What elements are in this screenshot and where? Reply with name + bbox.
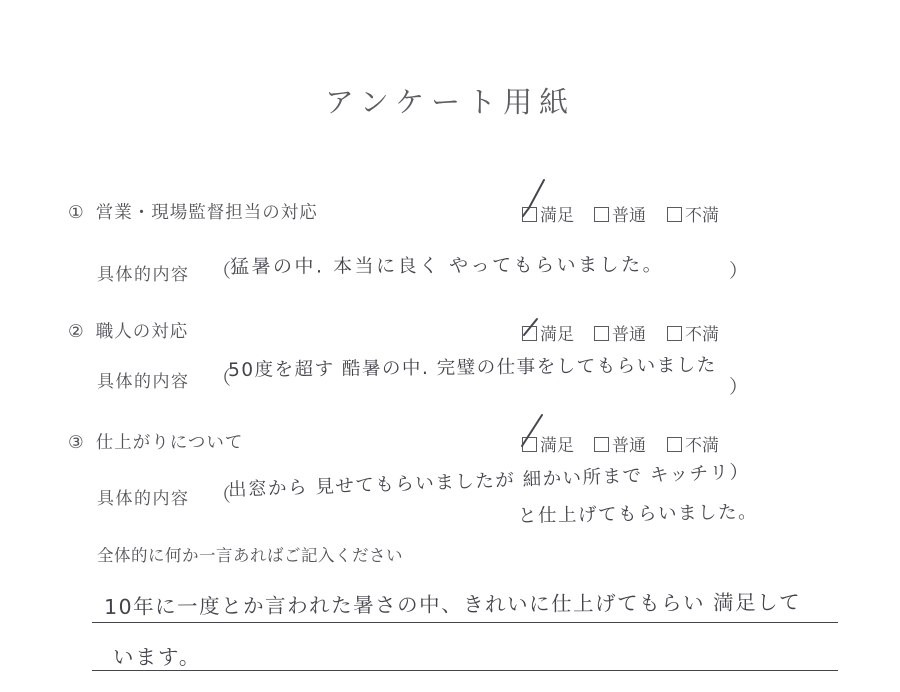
option-dissatisfied: 不満 [667, 320, 719, 345]
comment-rule-line-2 [92, 670, 838, 671]
question-number: ① [68, 202, 85, 222]
question-2-heading: ②職人の対応 [68, 318, 188, 343]
option-satisfied: 満足 [522, 320, 574, 345]
handwritten-comment-line2: います。 [113, 640, 201, 670]
paren-close: ） [729, 372, 748, 399]
option-label: 満足 [540, 431, 574, 456]
option-label: 不満 [685, 320, 719, 345]
option-normal: 普通 [594, 431, 646, 456]
survey-sheet: アンケート用紙 ①営業・現場監督担当の対応 満足 普通 不満 具体的内容 （ [0, 0, 900, 692]
checkbox [667, 326, 682, 341]
option-normal: 普通 [594, 201, 646, 226]
option-label: 不満 [685, 201, 719, 226]
detail-label: 具体的内容 [97, 484, 190, 509]
comment-rule-line-1 [92, 622, 838, 623]
question-label: 営業・現場監督担当の対応 [96, 202, 318, 222]
question-label: 職人の対応 [96, 321, 189, 341]
question-number: ② [68, 321, 85, 341]
option-satisfied: 満足 [522, 201, 574, 226]
detail-label: 具体的内容 [97, 260, 190, 285]
question-1-options: 満足 普通 不満 [522, 201, 742, 223]
checkbox [522, 207, 537, 222]
overall-comment-label: 全体的に何か一言あればご記入ください [97, 542, 403, 566]
paren-open: （ [212, 256, 231, 283]
question-2-options: 満足 普通 不満 [522, 320, 742, 342]
option-label: 普通 [612, 201, 646, 226]
question-3-heading: ③仕上がりについて [68, 429, 243, 454]
checkbox [522, 326, 537, 341]
checkbox [594, 437, 609, 452]
paren-close: ） [729, 256, 748, 283]
question-1-heading: ①営業・現場監督担当の対応 [68, 199, 318, 224]
option-dissatisfied: 不満 [667, 431, 719, 456]
form-title: アンケート用紙 [0, 80, 900, 121]
checkbox [667, 437, 682, 452]
handwritten-answer-line2: と仕上げてもらいました。 [518, 498, 758, 528]
checkbox [594, 326, 609, 341]
detail-label: 具体的内容 [97, 367, 190, 392]
option-label: 満足 [540, 201, 574, 226]
question-3-options: 満足 普通 不満 [522, 431, 742, 453]
handwritten-comment-line1: 10年に一度とか言われた暑さの中、きれいに仕上げてもらい 満足して [104, 585, 801, 620]
option-label: 普通 [612, 431, 646, 456]
checkbox [594, 207, 609, 222]
option-label: 普通 [612, 320, 646, 345]
handwritten-answer: 50度を超す 酷暑の中. 完璧の仕事をしてもらいました [228, 351, 717, 382]
checkbox [522, 437, 537, 452]
option-normal: 普通 [594, 320, 646, 345]
question-number: ③ [68, 432, 85, 452]
handwritten-answer-line1: 出窓から 見せてもらいましたが 細かい所まで キッチリ） [228, 458, 750, 502]
handwritten-answer: 猛暑の中. 本当に良く やってもらいました。 [230, 250, 664, 279]
option-label: 不満 [685, 431, 719, 456]
option-satisfied: 満足 [522, 431, 574, 456]
option-label: 満足 [540, 320, 574, 345]
option-dissatisfied: 不満 [667, 201, 719, 226]
checkbox [667, 207, 682, 222]
question-label: 仕上がりについて [96, 432, 244, 452]
